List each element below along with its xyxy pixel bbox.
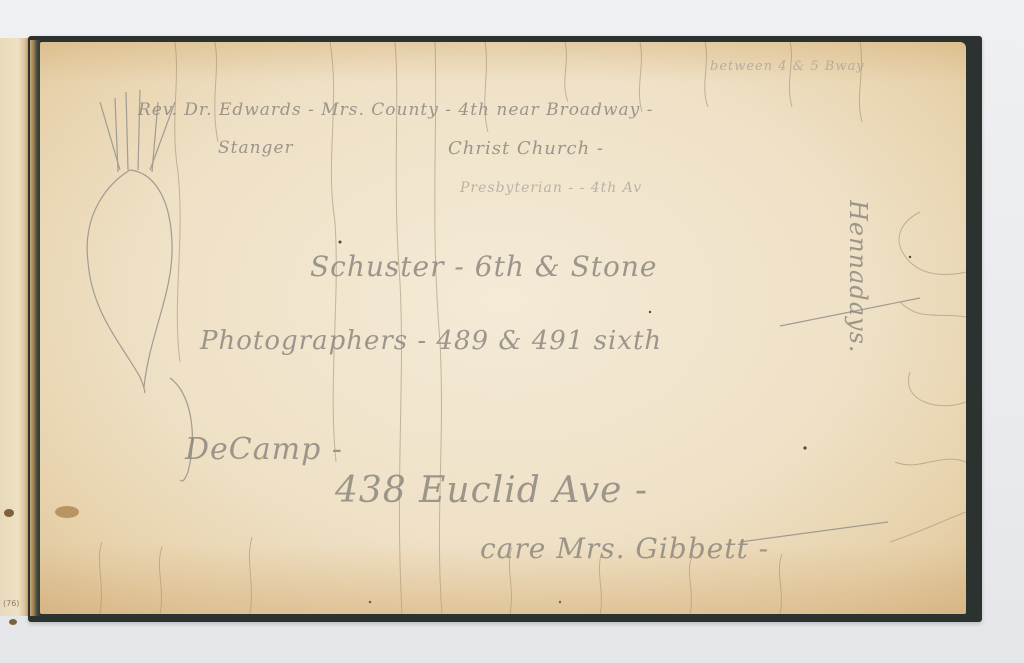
note-line-1: Rev. Dr. Edwards - Mrs. County - 4th nea…: [138, 100, 653, 120]
page-number: (76): [3, 599, 19, 608]
note-vertical: Hennadays.: [844, 200, 872, 354]
note-line-5: Photographers - 489 & 491 sixth: [200, 326, 662, 356]
note-line-3: Presbyterian - - 4th Av: [460, 180, 642, 196]
note-line-8: care Mrs. Gibbett -: [480, 532, 769, 565]
foxing-stain: [4, 509, 14, 517]
foxing-stain: [9, 619, 17, 625]
facing-page: (76): [0, 38, 30, 616]
beet-sketch-icon: [87, 90, 175, 392]
note-line-6: DeCamp -: [185, 432, 343, 467]
sketchbook-page: between 4 & 5 Bway Rev. Dr. Edwards - Mr…: [40, 42, 966, 614]
note-line-7: 438 Euclid Ave -: [335, 470, 648, 511]
note-top-right: between 4 & 5 Bway: [710, 59, 865, 74]
note-line-4: Schuster - 6th & Stone: [310, 250, 658, 283]
note-line-2-left: Stanger: [218, 138, 294, 158]
spine-gutter: [30, 40, 40, 616]
note-line-2-right: Christ Church -: [448, 138, 604, 159]
